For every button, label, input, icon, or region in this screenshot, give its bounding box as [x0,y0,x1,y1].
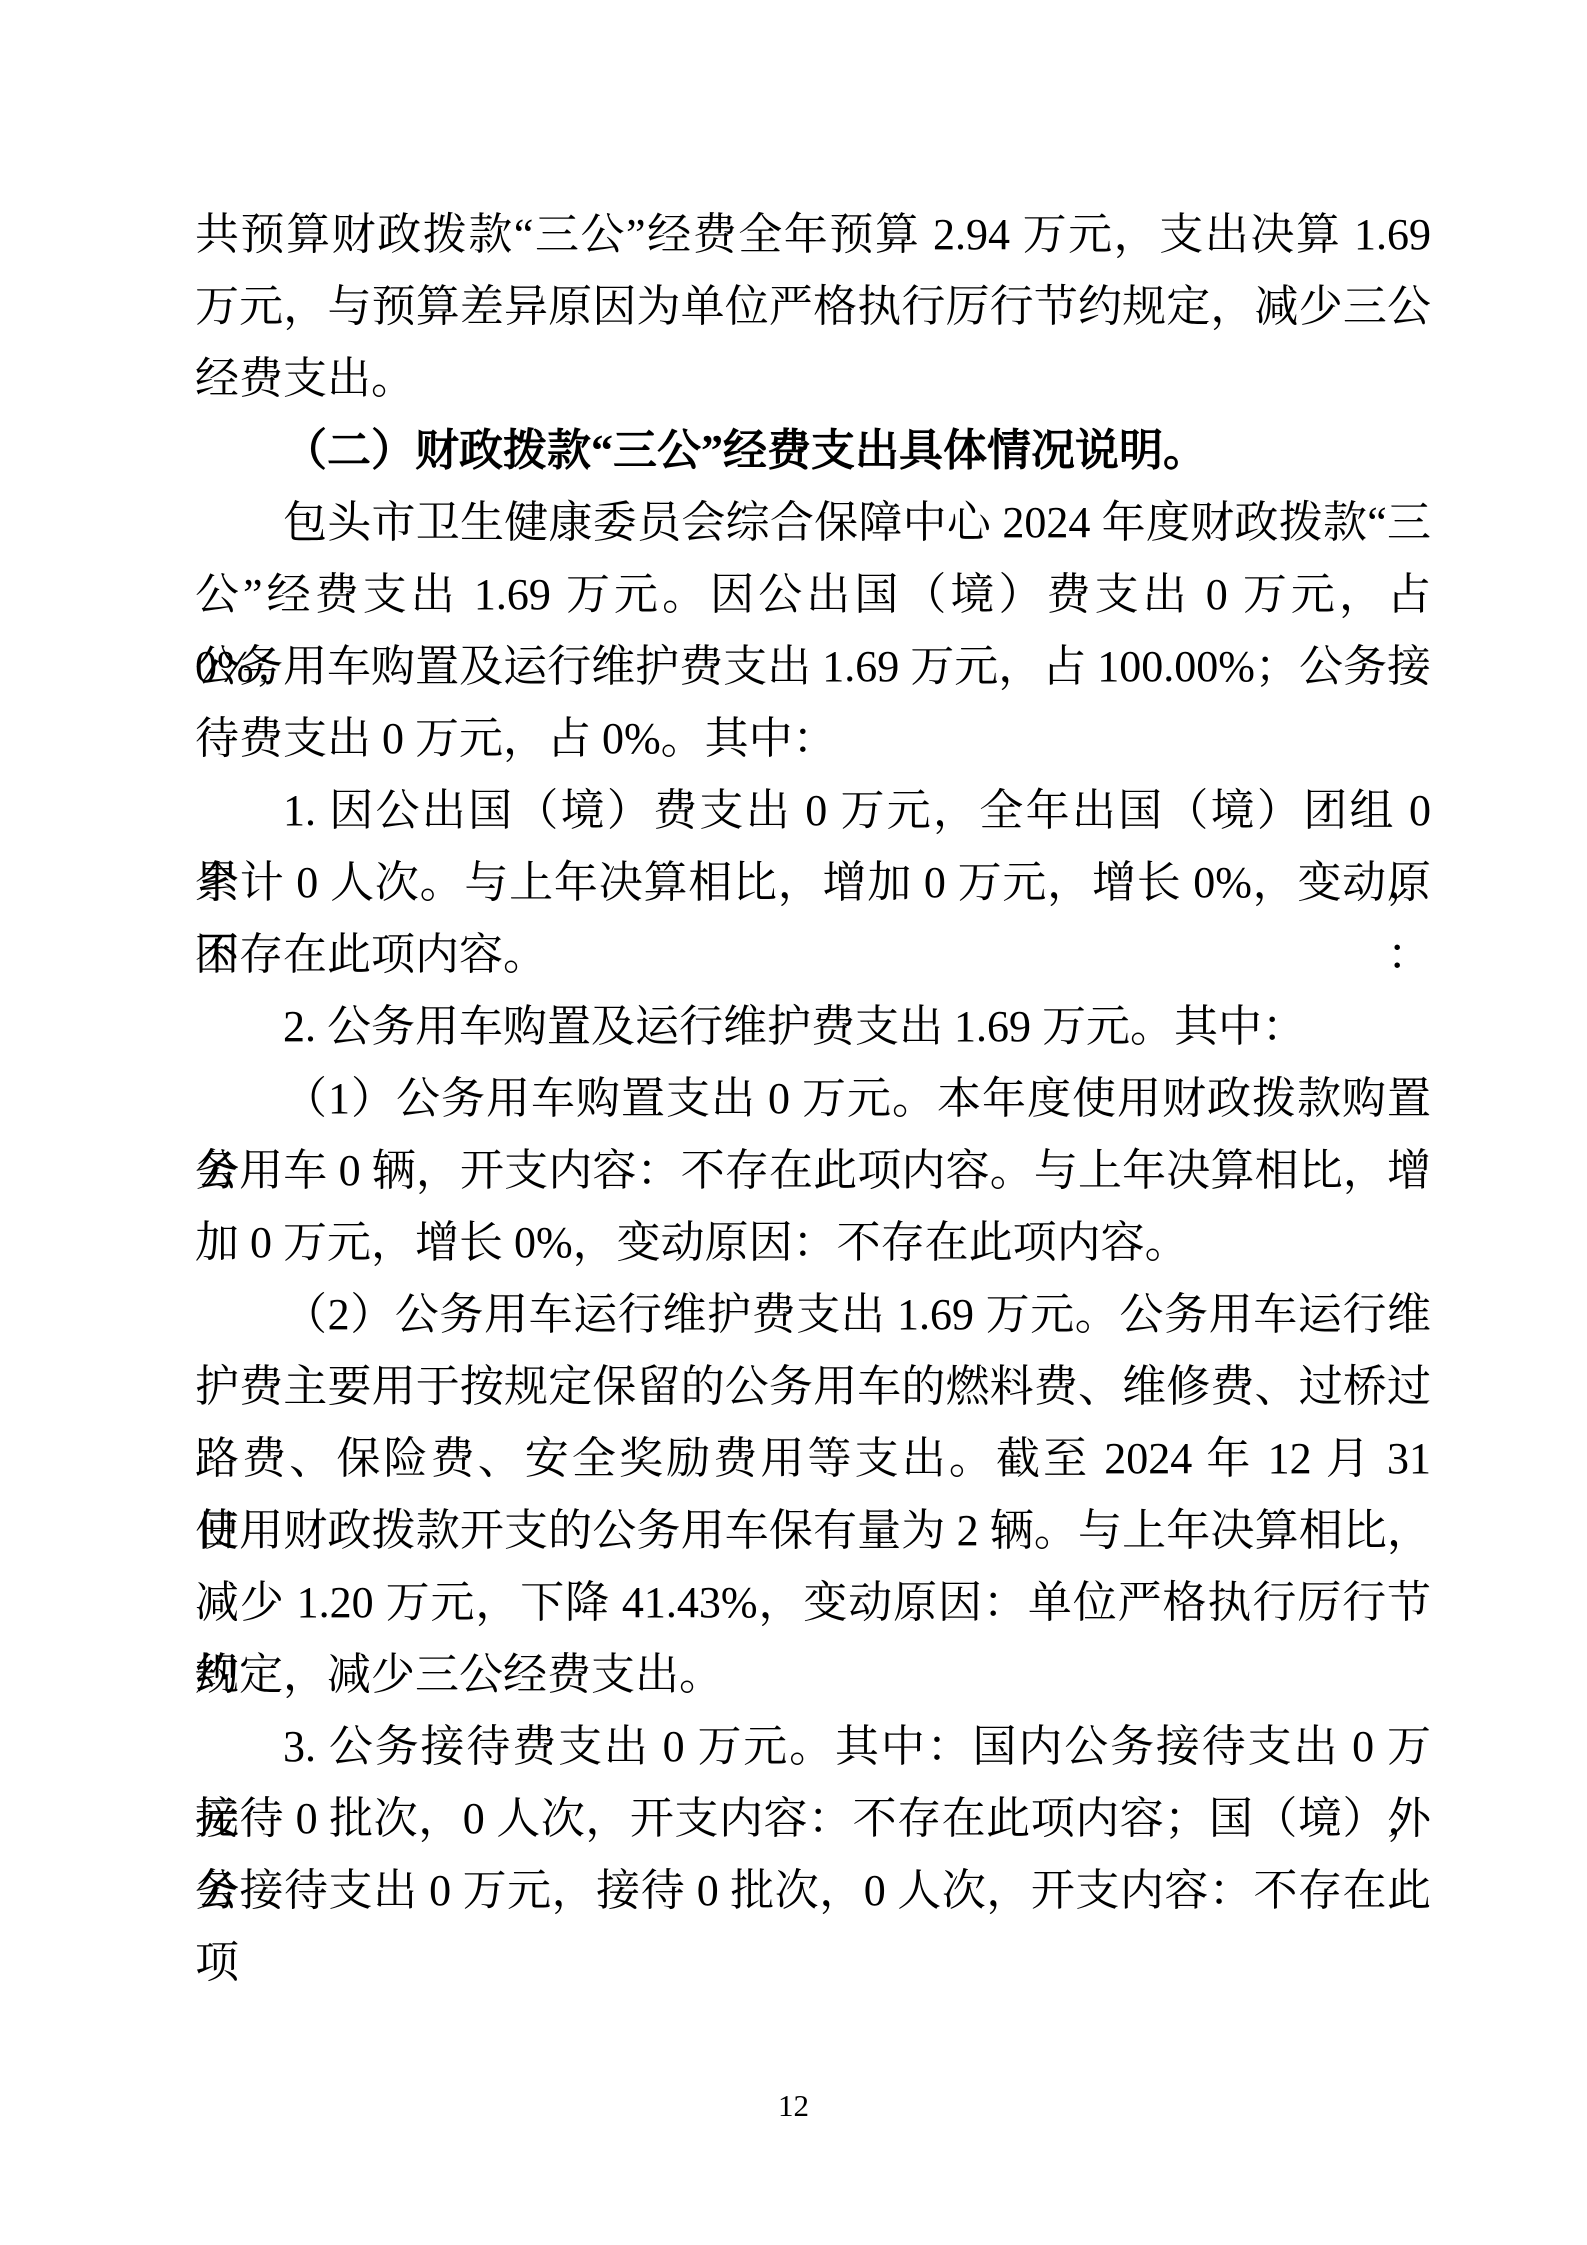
text-line: 公”经费支出 1.69 万元。因公出国（境）费支出 0 万元，占 0%； [195,559,1431,631]
text-line: （2）公务用车运行维护费支出 1.69 万元。公务用车运行维 [195,1279,1431,1351]
text-line: 共预算财政拨款“三公”经费全年预算 2.94 万元，支出决算 1.69 [195,199,1431,271]
text-line: 2. 公务用车购置及运行维护费支出 1.69 万元。其中： [195,991,1431,1063]
text-line: 万元，与预算差异原因为单位严格执行厉行节约规定，减少三公 [195,271,1431,343]
text-line: 加 0 万元，增长 0%，变动原因：不存在此项内容。 [195,1207,1431,1279]
text-line: 3. 公务接待费支出 0 万元。其中：国内公务接待支出 0 万元， [195,1711,1431,1783]
text-line: 1. 因公出国（境）费支出 0 万元，全年出国（境）团组 0 个， [195,775,1431,847]
page-number: 12 [0,2088,1587,2124]
text-line: （二）财政拨款“三公”经费支出具体情况说明。 [195,415,1431,487]
document-body: 共预算财政拨款“三公”经费全年预算 2.94 万元，支出决算 1.69万元，与预… [195,199,1431,1927]
text-line: 减少 1.20 万元，下降 41.43%，变动原因：单位严格执行厉行节约 [195,1567,1431,1639]
text-line: 待费支出 0 万元，占 0%。其中： [195,703,1431,775]
text-line: 规定，减少三公经费支出。 [195,1639,1431,1711]
text-line: 路费、保险费、安全奖励费用等支出。截至 2024 年 12 月 31 日， [195,1423,1431,1495]
text-line: （1）公务用车购置支出 0 万元。本年度使用财政拨款购置公 [195,1063,1431,1135]
text-line: 务用车 0 辆，开支内容：不存在此项内容。与上年决算相比，增 [195,1135,1431,1207]
document-page: 共预算财政拨款“三公”经费全年预算 2.94 万元，支出决算 1.69万元，与预… [0,0,1587,2245]
text-line: 经费支出。 [195,343,1431,415]
text-line: 使用财政拨款开支的公务用车保有量为 2 辆。与上年决算相比， [195,1495,1431,1567]
text-line: 包头市卫生健康委员会综合保障中心 2024 年度财政拨款“三 [195,487,1431,559]
text-line: 公务用车购置及运行维护费支出 1.69 万元，占 100.00%；公务接 [195,631,1431,703]
text-line: 护费主要用于按规定保留的公务用车的燃料费、维修费、过桥过 [195,1351,1431,1423]
text-line: 累计 0 人次。与上年决算相比，增加 0 万元，增长 0%，变动原因： [195,847,1431,919]
text-line: 务接待支出 0 万元，接待 0 批次，0 人次，开支内容：不存在此项 [195,1855,1431,1927]
text-line: 接待 0 批次，0 人次，开支内容：不存在此项内容；国（境）外公 [195,1783,1431,1855]
